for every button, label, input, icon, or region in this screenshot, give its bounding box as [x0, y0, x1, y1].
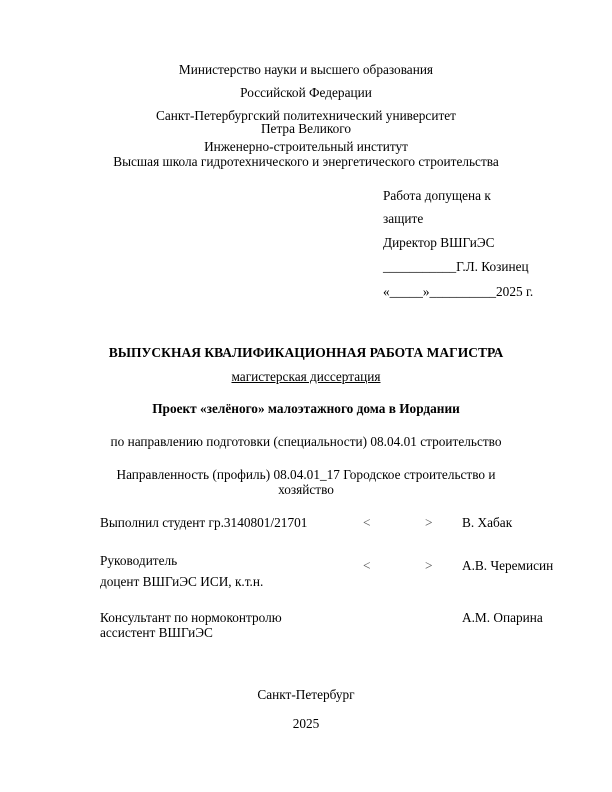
thesis-topic: Проект «зелёного» малоэтажного дома в Ио…: [0, 401, 612, 417]
document-title: ВЫПУСКНАЯ КВАЛИФИКАЦИОННАЯ РАБОТА МАГИСТ…: [0, 345, 612, 361]
approval-line: защите: [383, 211, 423, 227]
approval-line: Работа допущена к: [383, 188, 491, 204]
signature-close-bracket: >: [425, 515, 433, 531]
header-line: Инженерно-строительный институт: [0, 139, 612, 155]
signature-role: Выполнил студент гр.3140801/21701: [100, 515, 307, 531]
header-line: Высшая школа гидротехнического и энергет…: [0, 154, 612, 170]
signature-role-detail: доцент ВШГиЭС ИСИ, к.т.н.: [100, 574, 263, 590]
header-line: Петра Великого: [0, 121, 612, 137]
signature-close-bracket: >: [425, 558, 433, 574]
document-subtitle: магистерская диссертация: [231, 369, 380, 384]
signature-name: В. Хабак: [462, 515, 512, 531]
study-direction: по направлению подготовки (специальности…: [0, 434, 612, 450]
footer-year: 2025: [0, 716, 612, 732]
footer-city: Санкт-Петербург: [0, 687, 612, 703]
signature-role: Руководитель: [100, 553, 177, 569]
study-profile: Направленность (профиль) 08.04.01_17 Гор…: [0, 467, 612, 483]
signature-role-detail: ассистент ВШГиЭС: [100, 625, 213, 641]
approval-signature: ___________Г.Л. Козинец: [383, 259, 529, 275]
signature-role: Консультант по нормоконтролю: [100, 610, 282, 626]
approval-date: «_____»__________2025 г.: [383, 284, 533, 300]
header-line: Российской Федерации: [0, 85, 612, 101]
signature-open-bracket: <: [363, 558, 371, 574]
header-line: Министерство науки и высшего образования: [0, 62, 612, 78]
approval-director: Директор ВШГиЭС: [383, 235, 495, 251]
signature-name: А.М. Опарина: [462, 610, 543, 626]
study-profile-cont: хозяйство: [0, 482, 612, 498]
signature-name: А.В. Черемисин: [462, 558, 553, 574]
signature-open-bracket: <: [363, 515, 371, 531]
